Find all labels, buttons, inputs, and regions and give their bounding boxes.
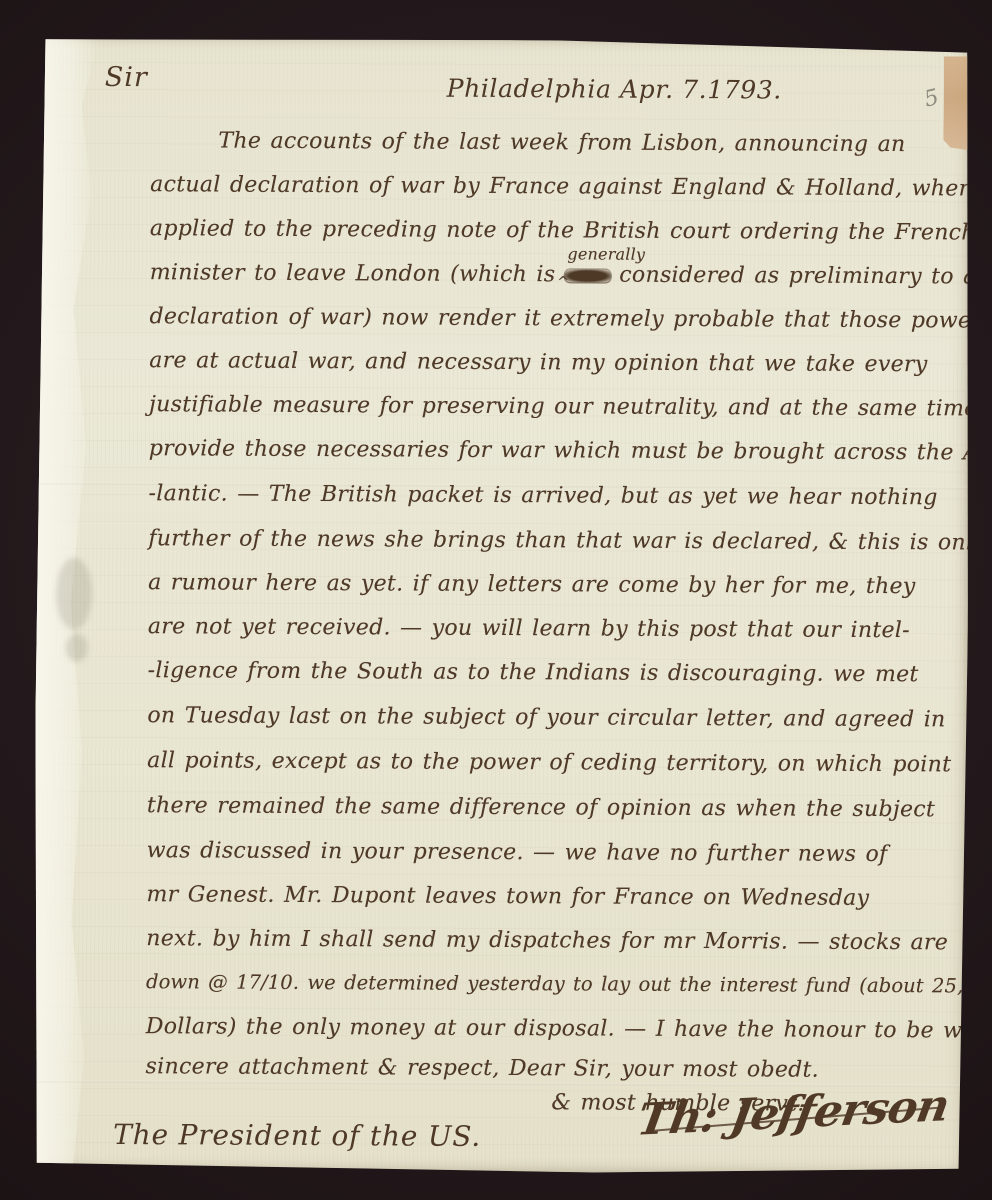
scribbled-out-word [563, 269, 611, 282]
manuscript-line: a rumour here as yet. if any letters are… [148, 570, 916, 599]
manuscript-line: on Tuesday last on the subject of your c… [147, 703, 945, 732]
address-line: The President of the US. [113, 1118, 481, 1153]
letter-page: Sir Philadelphia Apr. 7.1793. 5 The acco… [33, 38, 971, 1175]
manuscript-line: was discussed in your presence. — we hav… [147, 838, 888, 867]
manuscript-line: -ligence from the South as to the Indian… [148, 658, 919, 687]
caret-mark: ^ [557, 274, 569, 290]
manuscript-line: mr Genest. Mr. Dupont leaves town for Fr… [146, 882, 869, 911]
scanned-letter-view: Sir Philadelphia Apr. 7.1793. 5 The acco… [0, 0, 992, 1200]
letter-body: The accounts of the last week from Lisbo… [33, 38, 971, 1175]
manuscript-line: next. by him I shall send my dispatches … [146, 926, 948, 955]
manuscript-line: there remained the same difference of op… [147, 793, 935, 822]
manuscript-line: justifiable measure for preserving our n… [149, 392, 978, 421]
manuscript-line: are not yet received. — you will learn b… [148, 614, 910, 643]
line-text-after: considered as preliminary to a [619, 263, 976, 290]
manuscript-line: declaration of war) now render it extrem… [149, 304, 992, 333]
manuscript-line: provide those necessaries for war which … [149, 436, 992, 465]
manuscript-line: minister to leave London (which is^gener… [150, 260, 977, 289]
manuscript-line: down @ 17/10. we determined yesterday to… [146, 970, 992, 998]
line-text-before: minister to leave London (which is [150, 260, 556, 287]
manuscript-line: all points, except as to the power of ce… [147, 748, 951, 777]
manuscript-line: actual declaration of war by France agai… [150, 172, 973, 201]
manuscript-line: Dollars) the only money at our disposal.… [146, 1014, 992, 1043]
interlinear-insertion: generally [567, 244, 645, 263]
manuscript-line: The accounts of the last week from Lisbo… [150, 128, 905, 157]
manuscript-line: -lantic. — The British packet is arrived… [149, 481, 938, 510]
manuscript-line: further of the news she brings than that… [148, 526, 986, 555]
manuscript-line: applied to the preceding note of the Bri… [150, 216, 976, 245]
struck-word-with-insertion: ^generally [563, 262, 611, 287]
manuscript-line: sincere attachment & respect, Dear Sir, … [146, 1054, 820, 1083]
manuscript-line: are at actual war, and necessary in my o… [149, 348, 927, 377]
